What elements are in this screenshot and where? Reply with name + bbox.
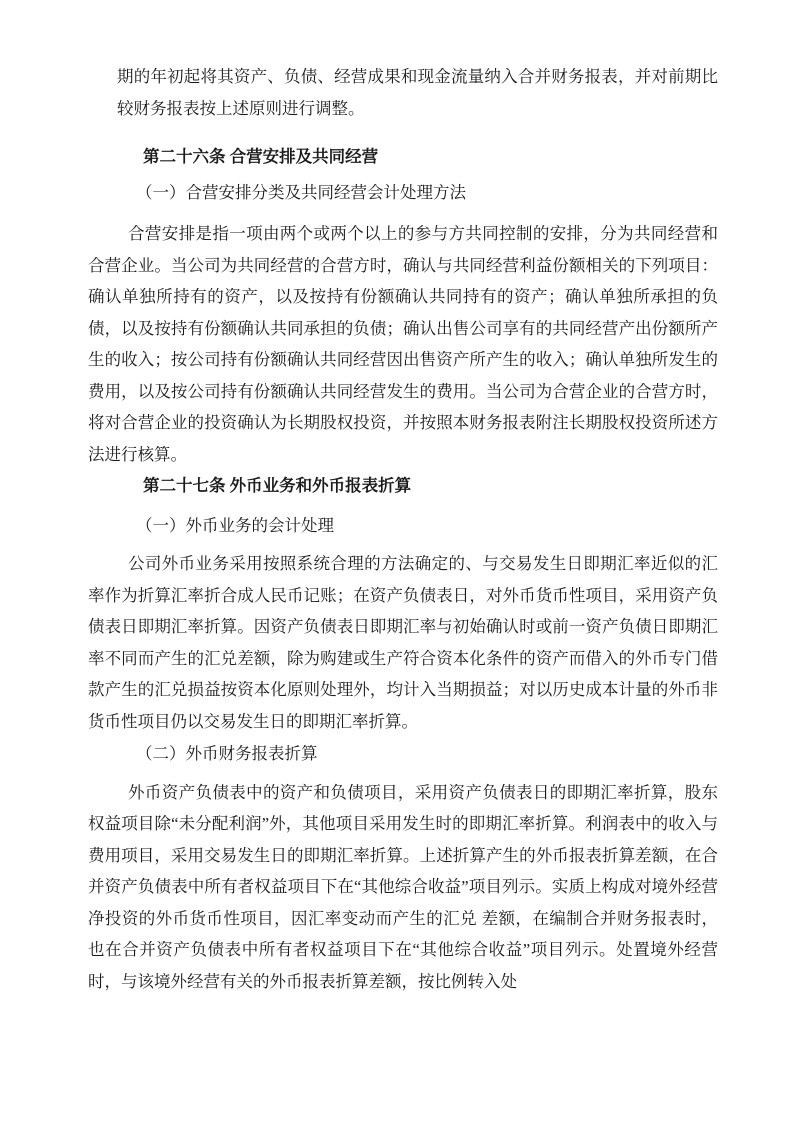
- paragraph-consolidation-adjustment: 期的年初起将其资产、负债、经营成果和现金流量纳入合并财务报表，并对前期比较财务报…: [117, 61, 718, 124]
- paragraph-foreign-currency-translation: 外币资产负债表中的资产和负债项目，采用资产负债表日的即期汇率折算，股东权益项目除…: [88, 777, 718, 998]
- subheading-foreign-currency-statement-translation: （二）外币财务报表折算: [136, 738, 718, 770]
- paragraph-joint-arrangement: 合营安排是指一项由两个或两个以上的参与方共同控制的安排，分为共同经营和合营企业。…: [88, 218, 718, 470]
- heading-article-26: 第二十六条 合营安排及共同经营: [143, 141, 718, 173]
- document-page: 期的年初起将其资产、负债、经营成果和现金流量纳入合并财务报表，并对前期比较财务报…: [0, 0, 793, 1122]
- subheading-joint-arrangement-classification: （一）合营安排分类及共同经营会计处理方法: [136, 177, 718, 209]
- heading-article-27: 第二十七条 外币业务和外币报表折算: [143, 470, 718, 502]
- subheading-foreign-currency-accounting: （一）外币业务的会计处理: [136, 510, 718, 542]
- paragraph-foreign-currency-business: 公司外币业务采用按照系统合理的方法确定的、与交易发生日即期汇率近似的汇率作为折算…: [88, 548, 718, 737]
